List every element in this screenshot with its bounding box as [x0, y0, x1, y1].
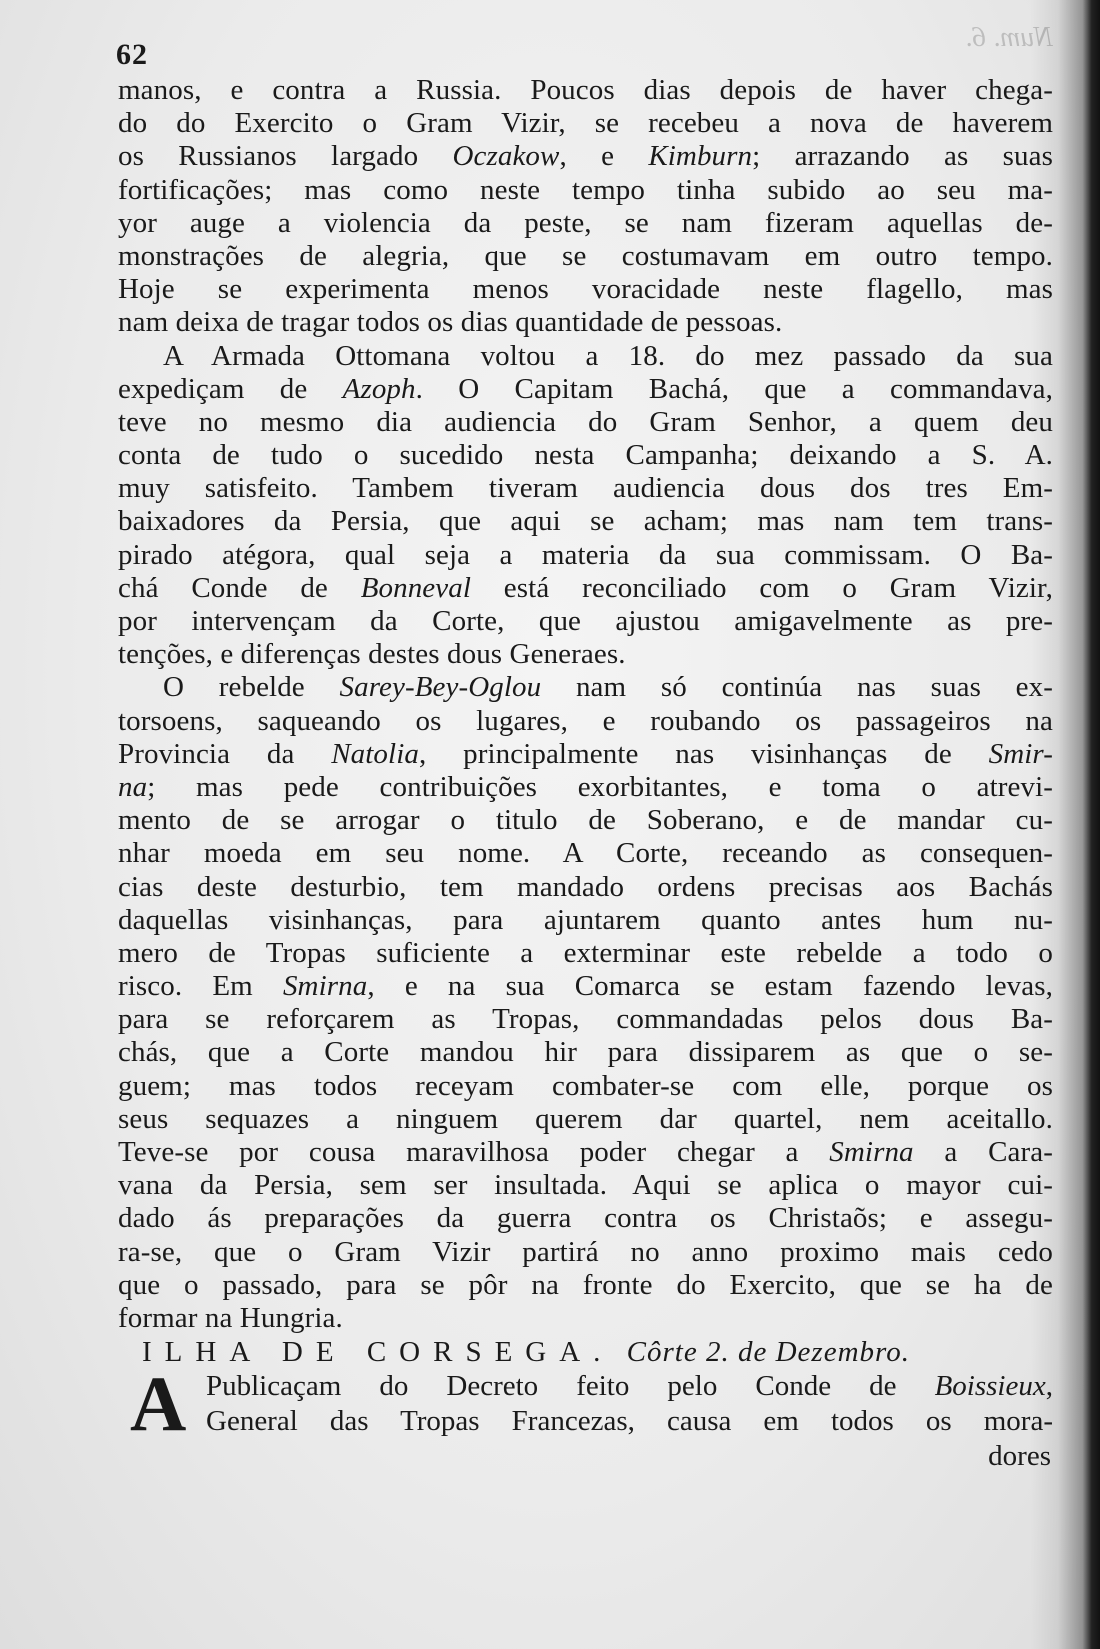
text-line: Teve-se por cousa maravilhosa poder cheg…: [118, 1136, 1053, 1169]
text-line: Provincia da Natolia, principalmente nas…: [118, 738, 1053, 771]
text-line: que o passado, para se pôr na fronte do …: [118, 1269, 1053, 1302]
text-run: pirado atégora, qual seja a materia da s…: [118, 539, 1053, 571]
text-run: A Armada Ottomana voltou a 18. do mez pa…: [163, 340, 1053, 372]
text-run: ; mas pede contribuições exorbitantes, e…: [147, 771, 1053, 803]
text-line: baixadores da Persia, que aqui se acham;…: [118, 505, 1053, 538]
italic-name: Kimburn: [648, 140, 752, 172]
text-run: O rebelde: [163, 671, 340, 703]
text-run: risco. Em: [118, 970, 283, 1002]
text-line: monstrações de alegria, que se costumava…: [118, 240, 1053, 273]
opening-line-2: General das Tropas Francezas, causa em t…: [206, 1404, 1053, 1439]
text-line: pirado atégora, qual seja a materia da s…: [118, 539, 1053, 572]
text-run: torsoens, saqueando os lugares, e rouban…: [118, 705, 1053, 737]
text-line: os Russianos largado Oczakow, e Kimburn;…: [118, 140, 1053, 173]
text-line: nhar moeda em seu nome. A Corte, receand…: [118, 837, 1053, 870]
catchword: dores: [118, 1439, 1053, 1473]
text-run: . O Capitam Bachá, que a commandava,: [416, 373, 1053, 405]
section-heading: ILHA DE CORSEGA. Côrte 2. de Dezembro.: [118, 1335, 1053, 1369]
text-run: do do Exercito o Gram Vizir, se recebeu …: [118, 107, 1053, 139]
article-body: manos, e contra a Russia. Poucos dias de…: [118, 74, 1053, 1473]
text-line: expediçam de Azoph. O Capitam Bachá, que…: [118, 373, 1053, 406]
text-run: os Russianos largado: [118, 140, 452, 172]
text-line: fortificações; mas como neste tempo tinh…: [118, 174, 1053, 207]
text-line: do do Exercito o Gram Vizir, se recebeu …: [118, 107, 1053, 140]
text-line: mento de se arrogar o titulo de Soberano…: [118, 804, 1053, 837]
text-line: dado ás preparações da guerra contra os …: [118, 1202, 1053, 1235]
italic-name: Smirna: [283, 970, 367, 1002]
text-run: teve no mesmo dia audiencia do Gram Senh…: [118, 406, 1053, 438]
text-run: mento de se arrogar o titulo de Soberano…: [118, 804, 1053, 836]
opening-line-1: Publicaçam do Decreto feito pelo Conde d…: [206, 1369, 1053, 1404]
text-line: manos, e contra a Russia. Poucos dias de…: [118, 74, 1053, 107]
italic-name: na: [118, 771, 147, 803]
text-line: por intervençam da Corte, que ajustou am…: [118, 605, 1053, 638]
text-line: para se reforçarem as Tropas, commandada…: [118, 1003, 1053, 1036]
text-run: , e na sua Comarca se estam fazendo leva…: [367, 970, 1053, 1002]
italic-name: Oczakow: [452, 140, 559, 172]
section-place: ILHA DE CORSEGA.: [142, 1336, 613, 1368]
text-run: nam deixa de tragar todos os dias quanti…: [118, 306, 782, 338]
text-line: A Armada Ottomana voltou a 18. do mez pa…: [118, 340, 1053, 373]
text-line: vana da Persia, sem ser insultada. Aqui …: [118, 1169, 1053, 1202]
text-run: ; arrazando as suas: [752, 140, 1053, 172]
binding-shadow: [1030, 0, 1100, 1649]
text-run: fortificações; mas como neste tempo tinh…: [118, 174, 1053, 206]
text-line: ra-se, que o Gram Vizir partirá no anno …: [118, 1236, 1053, 1269]
text-run: cias deste desturbio, tem mandado ordens…: [118, 871, 1053, 903]
text-line: O rebelde Sarey-Bey-Oglou nam só continú…: [118, 671, 1053, 704]
text-run: ra-se, que o Gram Vizir partirá no anno …: [118, 1236, 1053, 1268]
text-line: chás, que a Corte mandou hir para dissip…: [118, 1036, 1053, 1069]
italic-name: Natolia: [331, 738, 419, 770]
text-run: nam só continúa nas suas ex-: [541, 671, 1053, 703]
scanned-page: Num. 6. 62 manos, e contra a Russia. Pou…: [0, 0, 1100, 1649]
text-run: está reconciliado com o Gram Vizir,: [471, 572, 1053, 604]
text-line: muy satisfeito. Tambem tiveram audiencia…: [118, 472, 1053, 505]
text-line: torsoens, saqueando os lugares, e rouban…: [118, 705, 1053, 738]
text-run: conta de tudo o sucedido nesta Campanha;…: [118, 439, 1053, 471]
text-line: guem; mas todos receyam combater-se com …: [118, 1070, 1053, 1103]
text-line: formar na Hungria.: [118, 1302, 1053, 1335]
text-run: formar na Hungria.: [118, 1302, 343, 1334]
text-line: Hoje se experimenta menos voracidade nes…: [118, 273, 1053, 306]
text-line: risco. Em Smirna, e na sua Comarca se es…: [118, 970, 1053, 1003]
italic-name: Azoph: [343, 373, 416, 405]
text-run: expediçam de: [118, 373, 343, 405]
text-run: Teve-se por cousa maravilhosa poder cheg…: [118, 1136, 829, 1168]
text-run: baixadores da Persia, que aqui se acham;…: [118, 505, 1053, 537]
text-run: Provincia da: [118, 738, 331, 770]
text-run: guem; mas todos receyam combater-se com …: [118, 1070, 1053, 1102]
text-run: muy satisfeito. Tambem tiveram audiencia…: [118, 472, 1053, 504]
italic-name: Sarey-Bey-Oglou: [340, 671, 542, 703]
text-run: que o passado, para se pôr na fronte do …: [118, 1269, 1053, 1301]
text-run: monstrações de alegria, que se costumava…: [118, 240, 1053, 272]
text-line: daquellas visinhanças, para ajuntarem qu…: [118, 904, 1053, 937]
text-line: seus sequazes a ninguem querem dar quart…: [118, 1103, 1053, 1136]
text-run: dado ás preparações da guerra contra os …: [118, 1202, 1053, 1234]
text-line: teve no mesmo dia audiencia do Gram Senh…: [118, 406, 1053, 439]
body-lines: manos, e contra a Russia. Poucos dias de…: [118, 74, 1053, 1335]
text-run: mero de Tropas suficiente a exterminar e…: [118, 937, 1053, 969]
section-opening: A Publicaçam do Decreto feito pelo Conde…: [118, 1369, 1053, 1439]
text-run: tenções, e diferenças destes dous Genera…: [118, 638, 626, 670]
text-run: manos, e contra a Russia. Poucos dias de…: [118, 74, 1053, 106]
text-line: nam deixa de tragar todos os dias quanti…: [118, 306, 1053, 339]
text-run: yor auge a violencia da peste, se nam fi…: [118, 207, 1053, 239]
text-line: na; mas pede contribuições exorbitantes,…: [118, 771, 1053, 804]
text-run: chás, que a Corte mandou hir para dissip…: [118, 1036, 1053, 1068]
text-run: chá Conde de: [118, 572, 361, 604]
text-run: nhar moeda em seu nome. A Corte, receand…: [118, 837, 1053, 869]
text-line: mero de Tropas suficiente a exterminar e…: [118, 937, 1053, 970]
text-run: seus sequazes a ninguem querem dar quart…: [118, 1103, 1053, 1135]
text-run: por intervençam da Corte, que ajustou am…: [118, 605, 1053, 637]
italic-name: Smirna: [829, 1136, 913, 1168]
text-run: vana da Persia, sem ser insultada. Aqui …: [118, 1169, 1053, 1201]
text-run: daquellas visinhanças, para ajuntarem qu…: [118, 904, 1053, 936]
page-number: 62: [116, 40, 148, 70]
text-line: yor auge a violencia da peste, se nam fi…: [118, 207, 1053, 240]
text-line: cias deste desturbio, tem mandado ordens…: [118, 871, 1053, 904]
text-run: Hoje se experimenta menos voracidade nes…: [118, 273, 1053, 305]
drop-cap: A: [130, 1371, 186, 1437]
text-run: para se reforçarem as Tropas, commandada…: [118, 1003, 1053, 1035]
text-line: tenções, e diferenças destes dous Genera…: [118, 638, 1053, 671]
section-dateline: Côrte 2. de Dezembro.: [627, 1336, 910, 1368]
italic-name: Bonneval: [361, 572, 471, 604]
text-run: , e: [559, 140, 648, 172]
text-line: conta de tudo o sucedido nesta Campanha;…: [118, 439, 1053, 472]
text-line: chá Conde de Bonneval está reconciliado …: [118, 572, 1053, 605]
text-run: , principalmente nas visinhanças de: [419, 738, 989, 770]
